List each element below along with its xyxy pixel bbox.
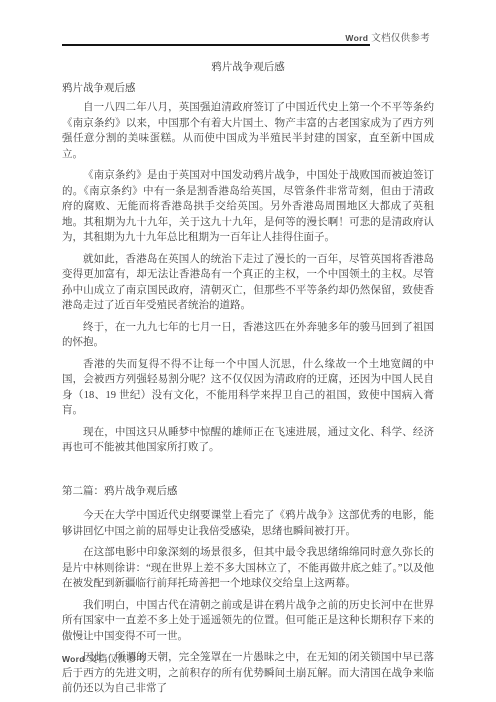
document-body: 鸦片战争观后感 鸦片战争观后感 自一八四二年八月，英国强迫清政府签订了中国近代史… (62, 60, 434, 702)
word-brand-label: Word (345, 33, 368, 43)
paragraph: 自一八四二年八月，英国强迫清政府签订了中国近代史上第一个不平等条约《南京条约》以… (62, 100, 434, 162)
section-1-heading: 鸦片战争观后感 (62, 81, 434, 97)
document-page: Word文档仅供参考 鸦片战争观后感 鸦片战争观后感 自一八四二年八月，英国强迫… (0, 0, 496, 702)
page-footer: Word文档仅供参考 (62, 651, 147, 665)
paragraph: 我们明白，中国古代在清朝之前或是讲在鸦片战争之前的历史长河中在世界所有国家中一直… (62, 598, 434, 645)
paragraph: 今天在大学中国近代史纲要课堂上看完了《鸦片战争》这部优秀的电影，能够讲回忆中国之… (62, 508, 434, 539)
header-note: 文档仅供参考 (371, 34, 430, 44)
word-brand-label: Word (62, 654, 85, 664)
section-2-heading: 第二篇：鸦片战争观后感 (62, 484, 434, 500)
paragraph: 在这部电影中印象深刻的场景很多，但其中最令我思绪绵绵同时意久弥长的是片中林则徐讲… (62, 545, 434, 592)
paragraph: 《南京条约》是由于英国对中国发动鸦片战争，中国处于战败国而被迫签订的。《南京条约… (62, 168, 434, 246)
paragraph: 现在，中国这只从睡梦中惊醒的雄师正在飞速进展，通过文化、科学、经济再也可不能被其… (62, 425, 434, 456)
footer-note: 文档仅供参考 (88, 655, 147, 665)
document-title: 鸦片战争观后感 (62, 60, 434, 76)
paragraph: 香港的失而复得不得不让每一个中国人沉思，什么缘故一个土地宽阔的中国，会被西方列强… (62, 357, 434, 419)
page-header: Word文档仅供参考 (345, 30, 430, 44)
paragraph: 就如此，香港岛在英国人的统治下走过了漫长的一百年，尽管英国将香港岛变得更加富有，… (62, 252, 434, 314)
header-divider (62, 44, 370, 46)
paragraph: 终于，在一九九七年的七月一日，香港这匹在外奔驰多年的骏马回到了祖国的怀抱。 (62, 320, 434, 351)
